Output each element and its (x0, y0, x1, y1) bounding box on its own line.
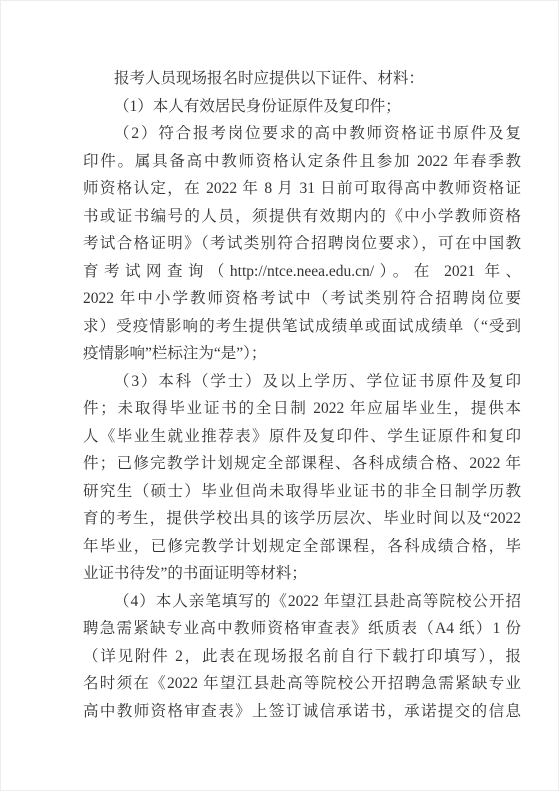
text-line: 育考试网查询（http://ntce.neea.edu.cn/）。在 2021 … (83, 258, 521, 286)
text-line: 育的考生，提供学校出具的该学历层次、毕业时间以及“2022 (83, 505, 521, 533)
paragraph: （2）符合报考岗位要求的高中教师资格证书原件及复印件。属具备高中教师资格认定条件… (83, 120, 521, 368)
text-line: 书或证书编号的人员，须提供有效期内的《中小学教师资格 (83, 203, 521, 231)
text-line: 名时须在《2022 年望江县赴高等院校公开招聘急需紧缺专业 (83, 670, 521, 698)
text-line: 疫情影响”栏标注为“是”）； (83, 340, 521, 368)
document-page: 报考人员现场报名时应提供以下证件、材料：（1）本人有效居民身份证原件及复印件；（… (0, 0, 559, 791)
paragraph: （1）本人有效居民身份证原件及复印件； (83, 93, 521, 121)
document-viewport: 报考人员现场报名时应提供以下证件、材料：（1）本人有效居民身份证原件及复印件；（… (0, 0, 559, 791)
text-line: 印件。属具备高中教师资格认定条件且参加 2022 年春季教 (83, 148, 521, 176)
text-line: 求）受疫情影响的考生提供笔试成绩单或面试成绩单（“受到 (83, 313, 521, 341)
text-line: 年毕业，已修完教学计划规定全部课程，各科成绩合格，毕 (83, 533, 521, 561)
text-line: 师资格认定，在 2022 年 8 月 31 日前可取得高中教师资格证 (83, 175, 521, 203)
text-line: 高中教师资格审查表》上签订诚信承诺书，承诺提交的信息 (83, 698, 521, 726)
text-line: （1）本人有效居民身份证原件及复印件； (83, 93, 521, 121)
text-line: （2）符合报考岗位要求的高中教师资格证书原件及复 (83, 120, 521, 148)
text-line: 报考人员现场报名时应提供以下证件、材料： (83, 65, 521, 93)
paragraph: 报考人员现场报名时应提供以下证件、材料： (83, 65, 521, 93)
paragraph: （4）本人亲笔填写的《2022 年望江县赴高等院校公开招聘急需紧缺专业高中教师资… (83, 588, 521, 726)
text-line: 研究生（硕士）毕业但尚未取得毕业证书的非全日制学历教 (83, 478, 521, 506)
text-line: 聘急需紧缺专业高中教师资格审查表》纸质表（A4 纸）1 份 (83, 615, 521, 643)
text-line: 件；未取得毕业证书的全日制 2022 年应届毕业生，提供本 (83, 395, 521, 423)
text-line: 人《毕业生就业推荐表》原件及复印件、学生证原件和复印 (83, 423, 521, 451)
text-line: 考试合格证明》（考试类别符合招聘岗位要求），可在中国教 (83, 230, 521, 258)
paragraph: （3）本科（学士）及以上学历、学位证书原件及复印件；未取得毕业证书的全日制 20… (83, 368, 521, 588)
text-line: 2022 年中小学教师资格考试中（考试类别符合招聘岗位要 (83, 285, 521, 313)
text-line: （详见附件 2，此表在现场报名前自行下载打印填写），报 (83, 643, 521, 671)
text-line: （4）本人亲笔填写的《2022 年望江县赴高等院校公开招 (83, 588, 521, 616)
document-body: 报考人员现场报名时应提供以下证件、材料：（1）本人有效居民身份证原件及复印件；（… (83, 65, 521, 725)
text-line: 业证书待发”的书面证明等材料； (83, 560, 521, 588)
text-line: （3）本科（学士）及以上学历、学位证书原件及复印 (83, 368, 521, 396)
text-line: 件；已修完教学计划规定全部课程、各科成绩合格、2022 年 (83, 450, 521, 478)
